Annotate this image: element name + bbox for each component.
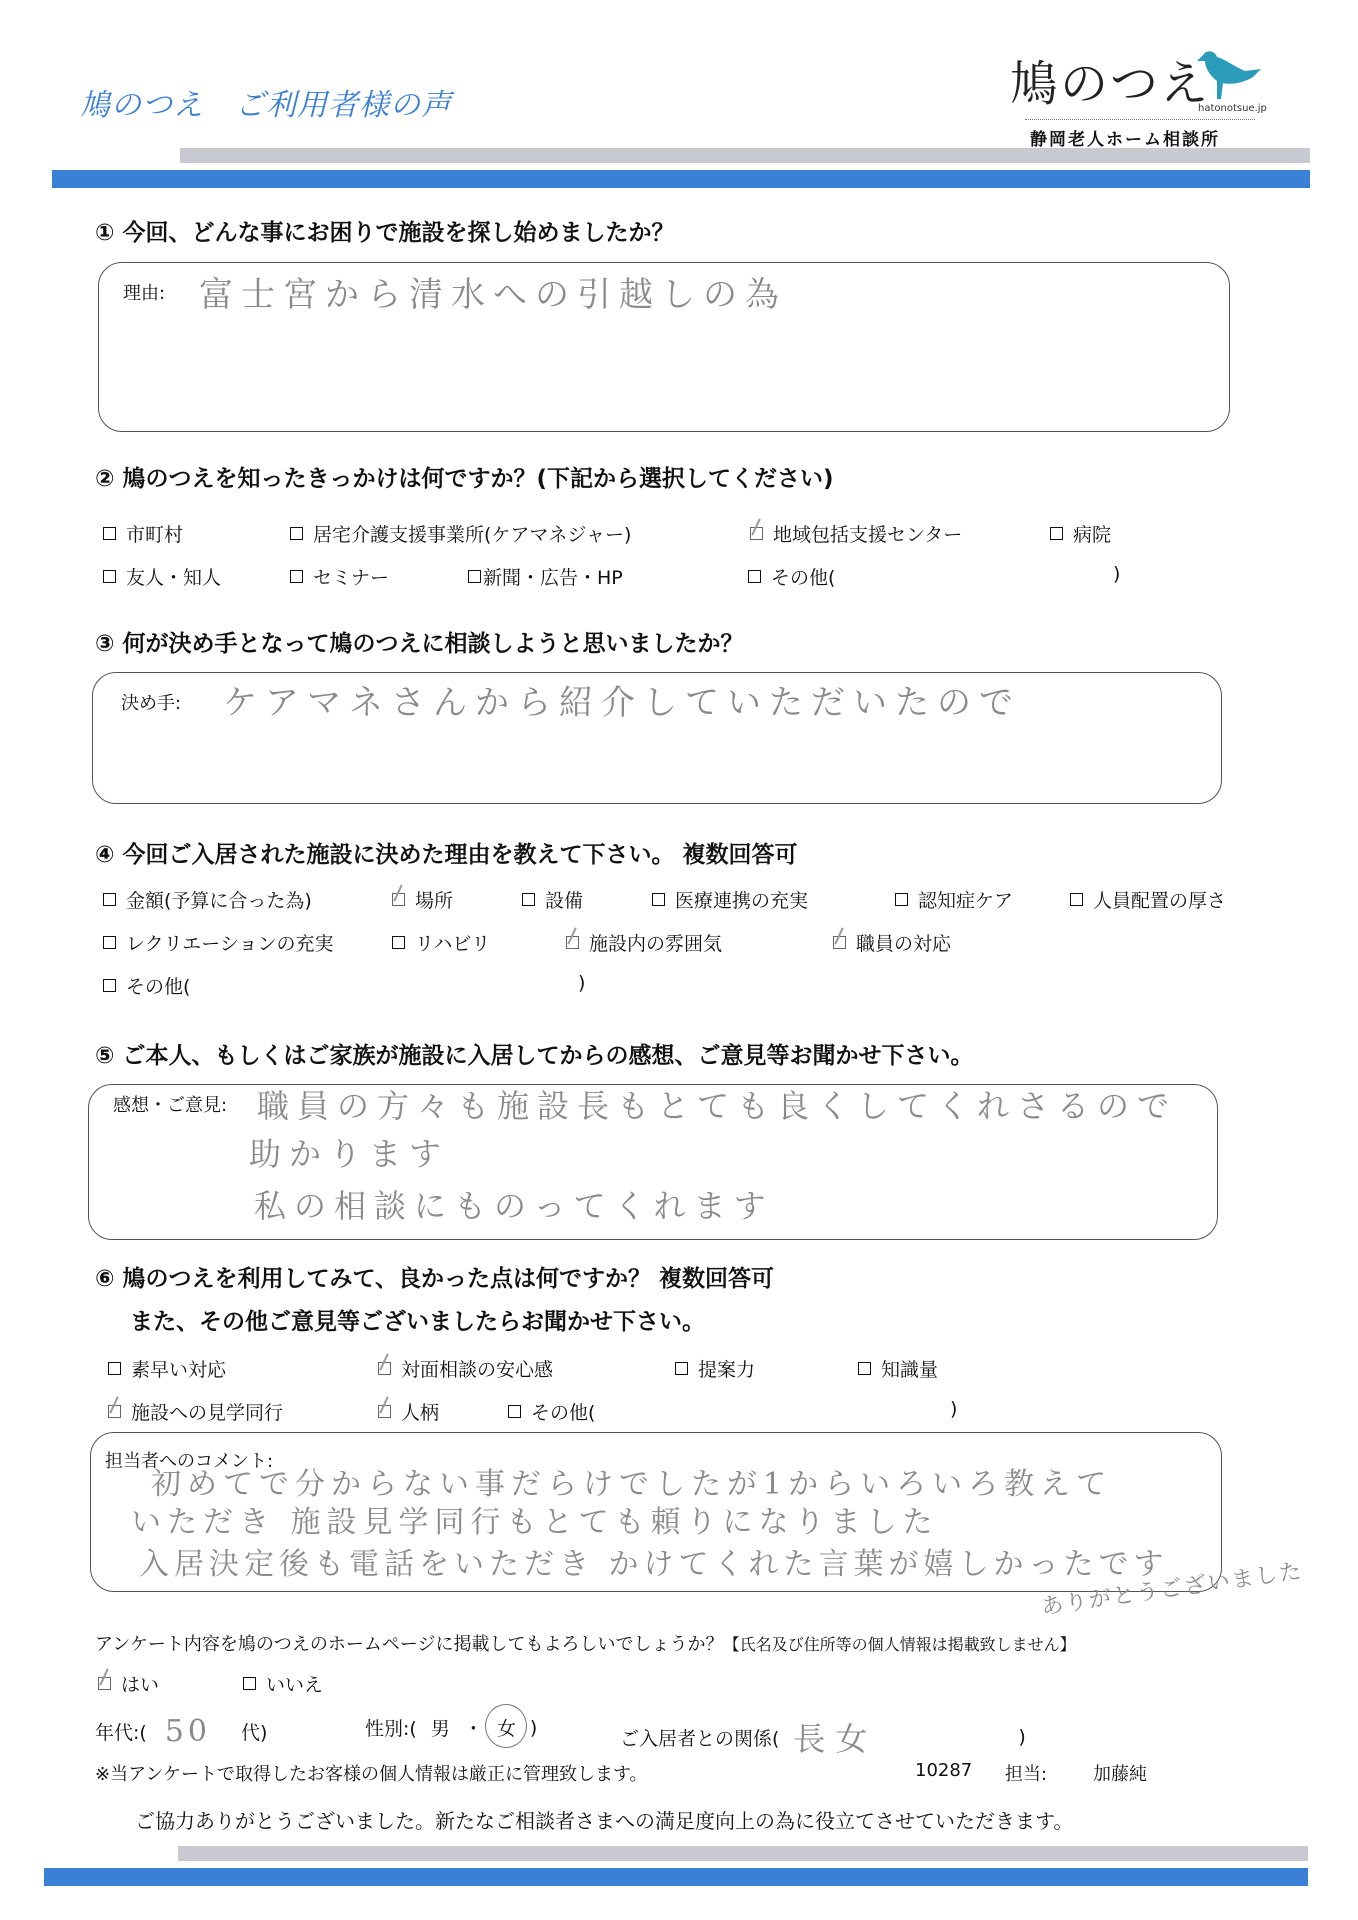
option-label: いいえ (266, 1670, 323, 1697)
checkbox[interactable] (103, 570, 116, 583)
logo-url: hatonotsue.jp (1198, 103, 1267, 114)
checkbox[interactable] (290, 570, 303, 583)
q4-option-2[interactable]: 設備 (522, 886, 583, 913)
q4-option-0[interactable]: 金額(予算に合った為) (103, 886, 312, 913)
staff-label: 担当: (1005, 1760, 1047, 1786)
checkbox[interactable] (895, 893, 908, 906)
option-label: 病院 (1073, 520, 1111, 547)
relation-field[interactable]: ご入居者との関係( 長女 ) (620, 1714, 1026, 1760)
checkbox-checked[interactable] (392, 893, 405, 906)
q6-question-2: また、その他ご意見等ございましたらお聞かせ下さい。 (130, 1303, 705, 1336)
option-label: 対面相談の安心感 (401, 1355, 553, 1382)
q4-option-3[interactable]: 医療連携の充実 (652, 886, 808, 913)
gender-label: 性別:( (365, 1714, 417, 1741)
pigeon-icon (1195, 49, 1265, 101)
header-band-gray (180, 148, 1310, 163)
checkbox[interactable] (392, 936, 405, 949)
q5-answer-line-2: 助かります (249, 1129, 449, 1175)
option-label: 人員配置の厚さ (1093, 886, 1226, 913)
q2-other-close: ) (1113, 563, 1120, 585)
age-label: 年代:( (95, 1718, 147, 1745)
q2-option-5[interactable]: セミナー (290, 563, 389, 590)
q6-option-5[interactable]: 人柄 (378, 1398, 439, 1425)
option-label: 人柄 (401, 1398, 439, 1425)
option-label: 友人・知人 (126, 563, 221, 590)
q3-answer: ケアマネさんから紹介していただいたので (223, 675, 1021, 724)
checkbox-checked[interactable] (566, 936, 579, 949)
checkbox-checked[interactable] (98, 1677, 111, 1690)
q6-option-4[interactable]: 施設への見学同行 (108, 1398, 283, 1425)
checkbox-checked[interactable] (750, 527, 763, 540)
checkbox[interactable] (103, 936, 116, 949)
q5-answer-line-1: 職員の方々も施設長もとても良くしてくれさるので (257, 1081, 1177, 1127)
q4-option-8[interactable]: 施設内の雰囲気 (566, 929, 722, 956)
survey-id: 10287 (915, 1760, 972, 1781)
q6-option-0[interactable]: 素早い対応 (108, 1355, 226, 1382)
q4-option-9[interactable]: 職員の対応 (833, 929, 951, 956)
checkbox[interactable] (675, 1362, 688, 1375)
q6-comment-box[interactable]: 担当者へのコメント: 初めてで分からない事だらけでしたが1からいろいろ教えて い… (90, 1432, 1222, 1592)
q4-option-4[interactable]: 認知症ケア (895, 886, 1013, 913)
age-field[interactable]: 年代:( 50 代) (95, 1714, 267, 1749)
footer-band-gray (178, 1846, 1308, 1861)
option-label: その他( (531, 1398, 595, 1425)
option-label: 職員の対応 (856, 929, 951, 956)
q4-option-1[interactable]: 場所 (392, 886, 453, 913)
q1-label: 理由: (123, 279, 165, 305)
checkbox[interactable] (103, 979, 116, 992)
logo-subtitle: 静岡老人ホーム相談所 (1030, 125, 1220, 150)
q2-option-3[interactable]: 病院 (1050, 520, 1111, 547)
q1-answer-box[interactable]: 理由: 富士宮から清水への引越しの為 (98, 262, 1230, 432)
q5-label: 感想・ご意見: (113, 1091, 227, 1117)
gender-separator: ・ (464, 1714, 483, 1741)
q4-option-10[interactable]: その他( (103, 972, 190, 999)
option-label: 提案力 (698, 1355, 755, 1382)
q2-option-6[interactable]: 新聞・広告・HP (468, 563, 623, 590)
q5-answer-line-3: 私の相談にものってくれます (254, 1181, 774, 1227)
q6-comment-line-2: いただき 施設見学同行もとても頼りになりました (131, 1497, 939, 1541)
option-label: 金額(予算に合った為) (126, 886, 312, 913)
checkbox[interactable] (1050, 527, 1063, 540)
option-label: 居宅介護支援事業所(ケアマネジャー) (313, 520, 631, 547)
publish-question: アンケート内容を鳩のつえのホームページに掲載してもよろしいでしょうか？【氏名及び… (95, 1630, 1076, 1656)
option-label: 新聞・広告・HP (483, 563, 623, 590)
q6-comment-line-3: 入居決定後も電話をいただき かけてくれた言葉が嬉しかったです (139, 1539, 1169, 1583)
q4-other-close: ) (578, 972, 585, 994)
checkbox[interactable] (103, 527, 116, 540)
q4-question: ④ 今回ご入居された施設に決めた理由を教えて下さい。 複数回答可 (95, 836, 798, 869)
checkbox[interactable] (468, 570, 481, 583)
q4-option-7[interactable]: リハビリ (392, 929, 490, 956)
q2-option-2[interactable]: 地域包括支援センター (750, 520, 962, 547)
checkbox[interactable] (103, 893, 116, 906)
checkbox-checked[interactable] (833, 936, 846, 949)
gender-male[interactable]: 男 (431, 1714, 450, 1741)
option-label: 知識量 (881, 1355, 938, 1382)
thanks-message: ご協力ありがとうございました。新たなご相談者さまへの満足度向上の為に役立てさせて… (135, 1805, 1073, 1834)
publish-no[interactable]: いいえ (243, 1670, 323, 1697)
age-suffix: 代) (241, 1718, 267, 1745)
gender-female[interactable]: 女 (497, 1714, 516, 1741)
age-value: 50 (165, 1714, 211, 1749)
option-label: 地域包括支援センター (773, 520, 962, 547)
gender-close: ) (530, 1717, 537, 1739)
option-label: 市町村 (126, 520, 183, 547)
q1-question: ① 今回、どんな事にお困りで施設を探し始めましたか？ (95, 214, 674, 247)
footer-band-blue (44, 1868, 1308, 1886)
option-label: 素早い対応 (131, 1355, 226, 1382)
checkbox[interactable] (858, 1362, 871, 1375)
q5-answer-box[interactable]: 感想・ご意見: 職員の方々も施設長もとても良くしてくれさるので 助かります 私の… (88, 1084, 1218, 1240)
option-label: 設備 (545, 886, 583, 913)
page-title: 鳩のつえ ご利用者様の声 (80, 80, 452, 124)
q3-question: ③ 何が決め手となって鳩のつえに相談しようと思いましたか？ (95, 625, 743, 658)
publish-question-text: アンケート内容を鳩のつえのホームページに掲載してもよろしいでしょうか？ (95, 1634, 724, 1655)
staff-name: 加藤純 (1093, 1760, 1147, 1786)
q2-option-7[interactable]: その他( (748, 563, 835, 590)
relation-close: ) (1018, 1726, 1025, 1748)
q6-option-2[interactable]: 提案力 (675, 1355, 755, 1382)
option-label: その他( (126, 972, 190, 999)
option-label: 場所 (415, 886, 453, 913)
relation-label: ご入居者との関係( (620, 1724, 779, 1751)
checkbox[interactable] (243, 1677, 256, 1690)
checkbox[interactable] (748, 570, 761, 583)
checkbox[interactable] (508, 1405, 521, 1418)
option-label: その他( (771, 563, 835, 590)
checkbox[interactable] (108, 1362, 121, 1375)
checkbox-checked[interactable] (378, 1362, 391, 1375)
option-label: 医療連携の充実 (675, 886, 808, 913)
q6-option-6[interactable]: その他( (508, 1398, 595, 1425)
logo-divider (1025, 119, 1255, 120)
q2-option-4[interactable]: 友人・知人 (103, 563, 221, 590)
selection-circle (485, 1704, 527, 1748)
option-label: 施設内の雰囲気 (589, 929, 722, 956)
q6-other-close: ) (950, 1398, 957, 1420)
q5-question: ⑤ ご本人、もしくはご家族が施設に入居してからの感想、ご意見等お聞かせ下さい。 (95, 1037, 973, 1070)
checkbox-checked[interactable] (378, 1405, 391, 1418)
option-label: はい (121, 1670, 159, 1697)
q1-answer: 富士宮から清水への引越しの為 (199, 267, 787, 316)
privacy-note: ※当アンケートで取得したお客様の個人情報は厳正に管理致します。 (95, 1760, 648, 1786)
header-band-blue (52, 170, 1310, 188)
q3-answer-box[interactable]: 決め手: ケアマネさんから紹介していただいたので (92, 672, 1222, 804)
relation-value: 長女 (793, 1714, 1018, 1760)
q6-question: ⑥ 鳩のつえを利用してみて、良かった点は何ですか？ 複数回答可 (95, 1260, 774, 1293)
checkbox[interactable] (1070, 893, 1083, 906)
q6-option-3[interactable]: 知識量 (858, 1355, 938, 1382)
checkbox-checked[interactable] (108, 1405, 121, 1418)
q4-option-5[interactable]: 人員配置の厚さ (1070, 886, 1226, 913)
gender-field[interactable]: 性別:( 男 ・ 女 ) (365, 1714, 537, 1741)
q6-option-1[interactable]: 対面相談の安心感 (378, 1355, 553, 1382)
q2-option-1[interactable]: 居宅介護支援事業所(ケアマネジャー) (290, 520, 631, 547)
option-label: 認知症ケア (918, 886, 1013, 913)
q2-option-0[interactable]: 市町村 (103, 520, 183, 547)
checkbox[interactable] (652, 893, 665, 906)
logo: 鳩のつえ hatonotsue.jp 静岡老人ホーム相談所 (1010, 45, 1280, 145)
checkbox[interactable] (290, 527, 303, 540)
publish-note: 【氏名及び住所等の個人情報は掲載致しません】 (724, 1635, 1076, 1654)
checkbox[interactable] (522, 893, 535, 906)
option-label: レクリエーションの充実 (126, 929, 333, 956)
q2-question: ② 鳩のつえを知ったきっかけは何ですか？(下記から選択してください) (95, 460, 834, 493)
q4-option-6[interactable]: レクリエーションの充実 (103, 929, 333, 956)
publish-yes[interactable]: はい (98, 1670, 159, 1697)
option-label: セミナー (313, 563, 389, 590)
q3-label: 決め手: (121, 689, 181, 715)
option-label: 施設への見学同行 (131, 1398, 283, 1425)
option-label: リハビリ (415, 929, 490, 956)
